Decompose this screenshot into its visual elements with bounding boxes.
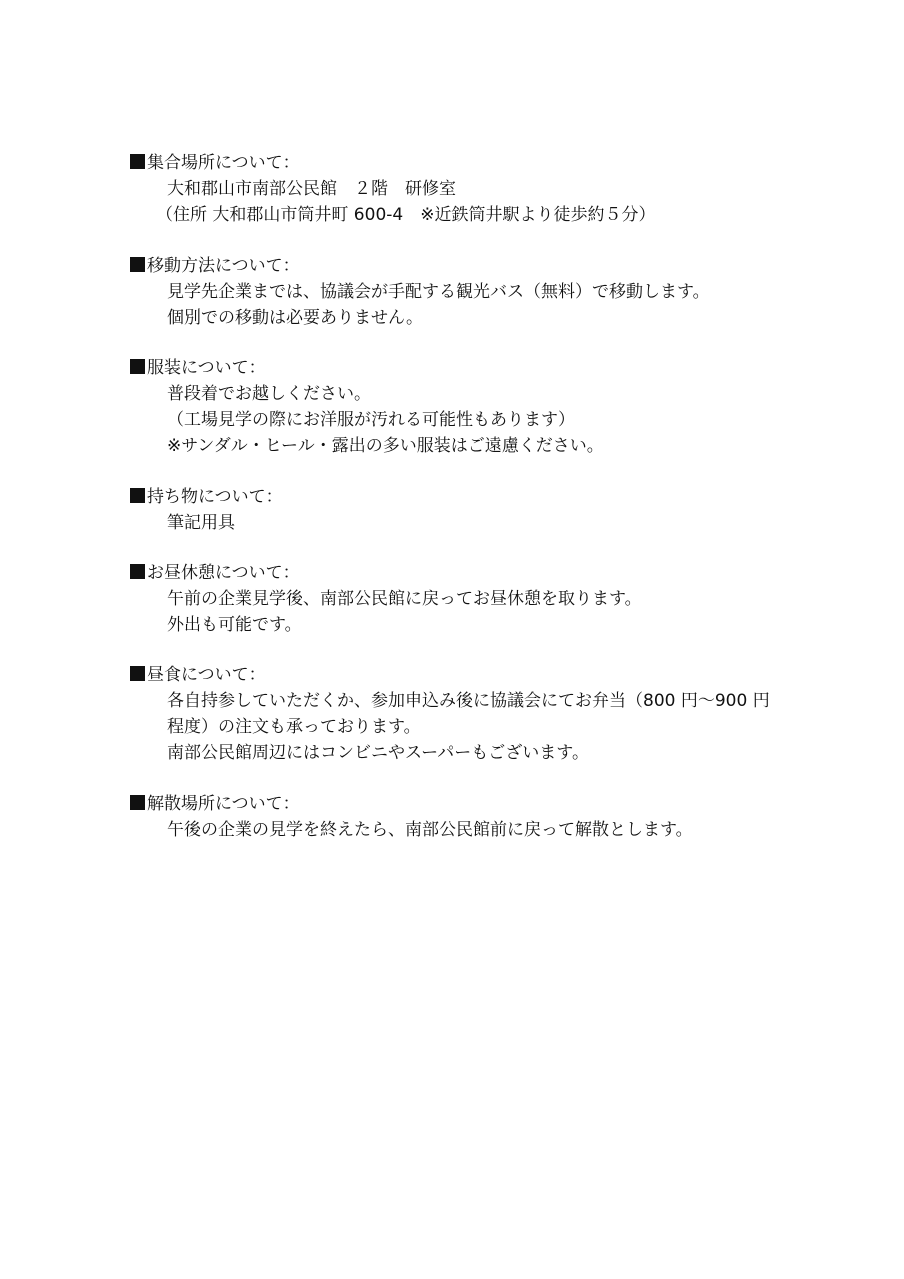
body-line: （工場見学の際にお洋服が汚れる可能性もあります） [130, 407, 850, 433]
body-line: 見学先企業までは、協議会が手配する観光バス（無料）で移動します。 [130, 279, 850, 305]
body-line: 午前の企業見学後、南部公民館に戻ってお昼休憩を取ります。 [130, 586, 850, 612]
heading-text: お昼休憩について： [147, 563, 300, 583]
section-transportation: 移動方法について： 見学先企業までは、協議会が手配する観光バス（無料）で移動しま… [130, 253, 850, 331]
square-bullet-icon [130, 795, 145, 810]
body-line: 普段着でお越しください。 [130, 381, 850, 407]
body-line: 筆記用具 [130, 510, 850, 536]
address-line: （住所 大和郡山市筒井町 600-4 ※近鉄筒井駅より徒歩約５分） [130, 202, 850, 228]
heading-text: 集合場所について： [147, 153, 300, 173]
section-heading: 持ち物について： [130, 484, 850, 510]
section-heading: 昼食について： [130, 662, 850, 688]
heading-text: 服装について： [147, 358, 266, 378]
section-lunch-break: お昼休憩について： 午前の企業見学後、南部公民館に戻ってお昼休憩を取ります。 外… [130, 560, 850, 638]
square-bullet-icon [130, 257, 145, 272]
heading-text: 移動方法について： [147, 256, 300, 276]
body-line: 大和郡山市南部公民館 ２階 研修室 [130, 176, 850, 202]
section-dismissal-place: 解散場所について： 午後の企業の見学を終えたら、南部公民館前に戻って解散とします… [130, 791, 850, 843]
square-bullet-icon [130, 488, 145, 503]
body-line: 各自持参していただくか、参加申込み後に協議会にてお弁当（800 円～900 円 [130, 688, 850, 714]
section-heading: 解散場所について： [130, 791, 850, 817]
body-line: 南部公民館周辺にはコンビニやスーパーもございます。 [130, 740, 850, 766]
section-belongings: 持ち物について： 筆記用具 [130, 484, 850, 536]
section-lunch: 昼食について： 各自持参していただくか、参加申込み後に協議会にてお弁当（800 … [130, 662, 850, 766]
section-meeting-place: 集合場所について： 大和郡山市南部公民館 ２階 研修室 （住所 大和郡山市筒井町… [130, 150, 850, 228]
square-bullet-icon [130, 359, 145, 374]
heading-text: 解散場所について： [147, 794, 300, 814]
body-line: 個別での移動は必要ありません。 [130, 305, 850, 331]
section-heading: 服装について： [130, 355, 850, 381]
body-line: 外出も可能です。 [130, 612, 850, 638]
body-line: ※サンダル・ヒール・露出の多い服装はご遠慮ください。 [130, 433, 850, 459]
section-heading: 移動方法について： [130, 253, 850, 279]
square-bullet-icon [130, 564, 145, 579]
document-page: 集合場所について： 大和郡山市南部公民館 ２階 研修室 （住所 大和郡山市筒井町… [0, 0, 904, 1279]
heading-text: 持ち物について： [147, 487, 283, 507]
body-line: 程度）の注文も承っております。 [130, 714, 850, 740]
body-line: 午後の企業の見学を終えたら、南部公民館前に戻って解散とします。 [130, 817, 850, 843]
section-heading: 集合場所について： [130, 150, 850, 176]
section-dress-code: 服装について： 普段着でお越しください。 （工場見学の際にお洋服が汚れる可能性も… [130, 355, 850, 459]
section-heading: お昼休憩について： [130, 560, 850, 586]
square-bullet-icon [130, 666, 145, 681]
square-bullet-icon [130, 154, 145, 169]
heading-text: 昼食について： [147, 665, 266, 685]
